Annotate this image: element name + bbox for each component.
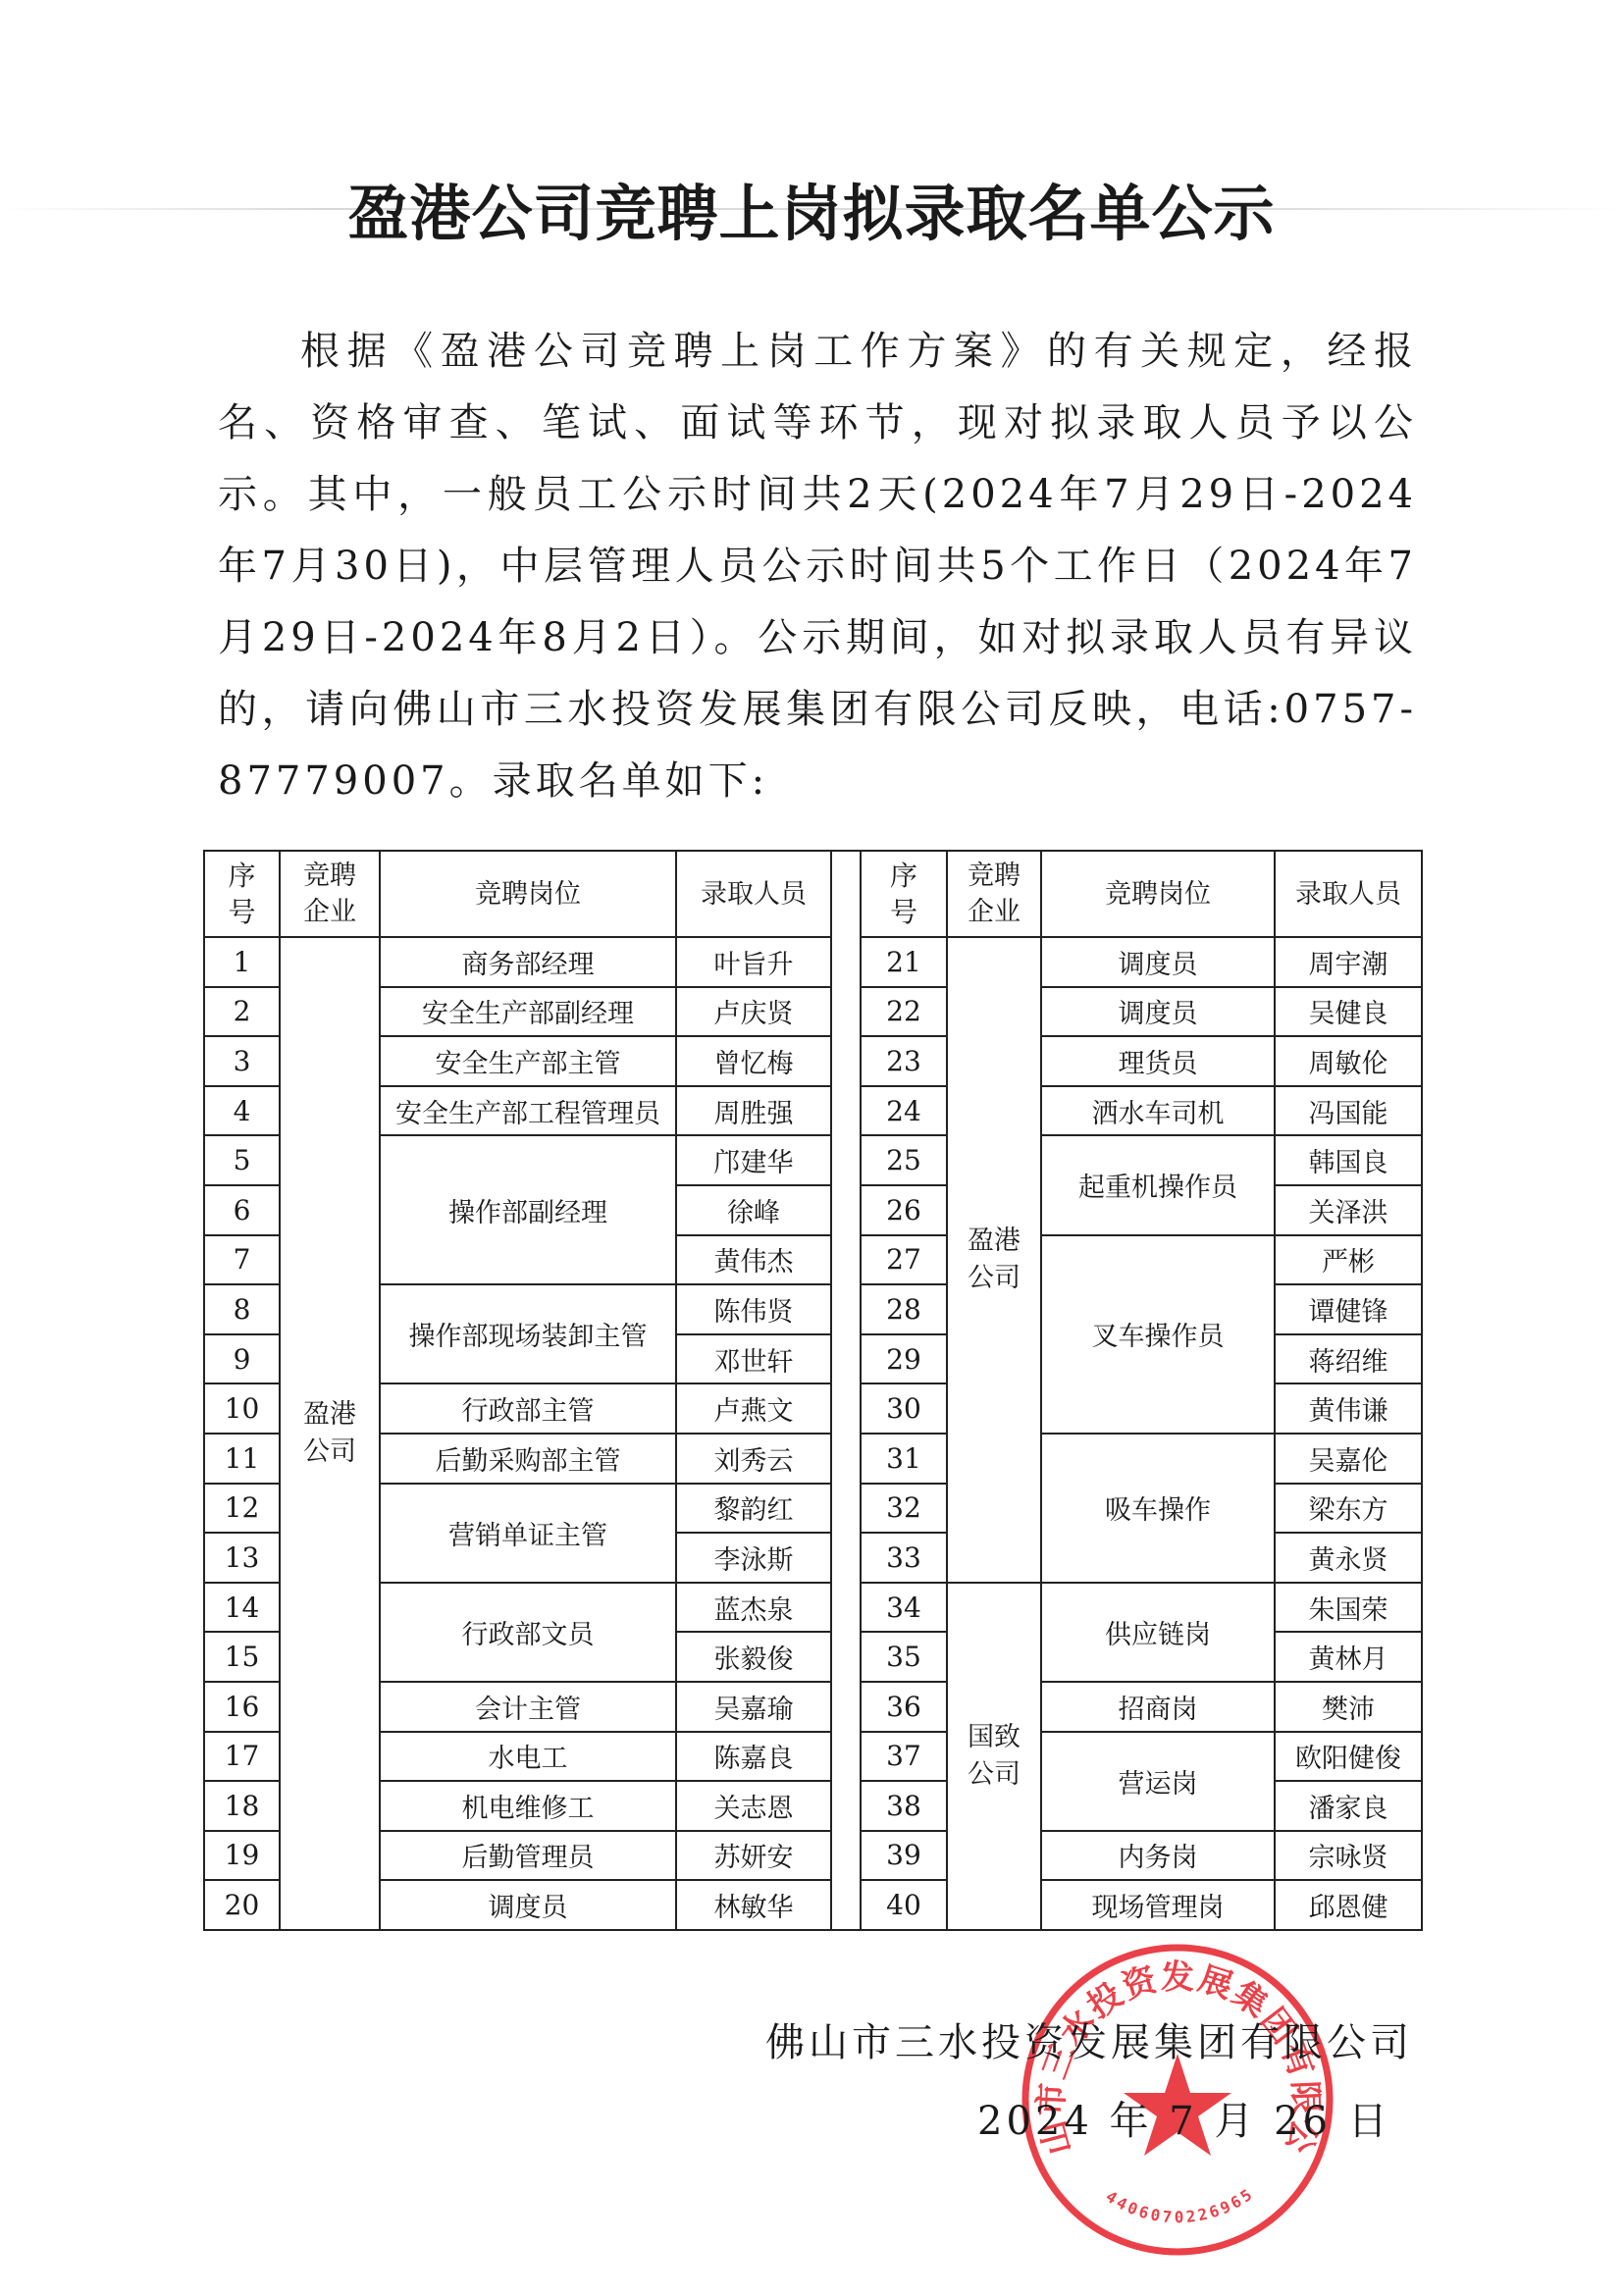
table-row: 14 行政部文员 蓝杰泉 34 国致公司 供应链岗 朱国荣 xyxy=(204,1583,1422,1633)
serial-cell: 24 xyxy=(861,1086,947,1136)
header-company: 竞聘企业 xyxy=(947,851,1041,937)
person-cell: 林敏华 xyxy=(676,1880,831,1930)
person-cell: 邓世轩 xyxy=(676,1334,831,1384)
serial-cell: 18 xyxy=(204,1781,280,1831)
serial-cell: 32 xyxy=(861,1484,947,1534)
serial-cell: 33 xyxy=(861,1533,947,1583)
person-cell: 韩国良 xyxy=(1275,1135,1422,1185)
header-position: 竞聘岗位 xyxy=(1041,851,1275,937)
header-text: 竞聘 xyxy=(968,861,1021,891)
serial-cell: 20 xyxy=(204,1880,280,1930)
serial-cell: 21 xyxy=(861,937,947,987)
company-text: 公司 xyxy=(968,1263,1021,1293)
header-text: 企业 xyxy=(303,897,356,927)
position-cell: 洒水车司机 xyxy=(1041,1086,1275,1136)
serial-cell: 15 xyxy=(204,1632,280,1682)
issuing-organization: 佛山市三水投资发展集团有限公司 xyxy=(0,2011,1413,2067)
table-row: 2 安全生产部副经理 卢庆贤 22 调度员 吴健良 xyxy=(204,987,1422,1037)
header-text: 号 xyxy=(890,896,917,928)
svg-text:4406070226965: 4406070226965 xyxy=(1103,2184,1258,2227)
table-row: 16 会计主管 吴嘉瑜 36 招商岗 樊沛 xyxy=(204,1682,1422,1732)
header-text: 号 xyxy=(228,896,255,928)
serial-cell: 13 xyxy=(204,1533,280,1583)
person-cell: 关志恩 xyxy=(676,1781,831,1831)
serial-cell: 27 xyxy=(861,1235,947,1285)
header-text: 序 xyxy=(228,860,255,892)
person-cell: 黄永贤 xyxy=(1275,1533,1422,1583)
intro-paragraph: 根据《盈港公司竞聘上岗工作方案》的有关规定，经报名、资格审查、笔试、面试等环节，… xyxy=(218,316,1417,817)
serial-cell: 29 xyxy=(861,1334,947,1384)
table-row: 19 后勤管理员 苏妍安 39 内务岗 宗咏贤 xyxy=(204,1831,1422,1881)
serial-cell: 37 xyxy=(861,1732,947,1782)
header-text: 企业 xyxy=(968,897,1021,927)
person-cell: 陈嘉良 xyxy=(676,1732,831,1782)
position-cell: 后勤管理员 xyxy=(380,1831,676,1881)
position-cell: 操作部现场装卸主管 xyxy=(380,1284,676,1383)
serial-cell: 17 xyxy=(204,1732,280,1782)
table-row: 5 操作部副经理 邝建华 25 起重机操作员 韩国良 xyxy=(204,1135,1422,1185)
person-cell: 卢庆贤 xyxy=(676,987,831,1037)
seal-code: 4406070226965 xyxy=(1103,2184,1258,2227)
serial-cell: 35 xyxy=(861,1632,947,1682)
serial-cell: 25 xyxy=(861,1135,947,1185)
person-cell: 谭健锋 xyxy=(1275,1284,1422,1334)
company-cell: 国致公司 xyxy=(947,1583,1041,1930)
person-cell: 蓝杰泉 xyxy=(676,1583,831,1633)
person-cell: 梁东方 xyxy=(1275,1484,1422,1534)
company-text: 公司 xyxy=(968,1759,1021,1790)
serial-cell: 28 xyxy=(861,1284,947,1334)
position-cell: 营销单证主管 xyxy=(380,1484,676,1583)
person-cell: 陈伟贤 xyxy=(676,1284,831,1334)
person-cell: 黎韵红 xyxy=(676,1484,831,1534)
serial-cell: 4 xyxy=(204,1086,280,1136)
serial-cell: 5 xyxy=(204,1135,280,1185)
table-gap xyxy=(831,851,861,1930)
position-cell: 供应链岗 xyxy=(1041,1583,1275,1682)
serial-cell: 30 xyxy=(861,1383,947,1434)
position-cell: 会计主管 xyxy=(380,1682,676,1732)
header-company: 竞聘企业 xyxy=(280,851,380,937)
serial-cell: 26 xyxy=(861,1185,947,1235)
header-text: 序 xyxy=(890,860,917,892)
serial-cell: 23 xyxy=(861,1036,947,1086)
company-text: 盈港 xyxy=(968,1226,1021,1256)
admission-list-table: 序号 竞聘企业 竞聘岗位 录取人员 序号 竞聘企业 竞聘岗位 录取人员 1 盈港… xyxy=(203,850,1423,1931)
table-row: 20 调度员 林敏华 40 现场管理岗 邱恩健 xyxy=(204,1880,1422,1930)
position-cell: 理货员 xyxy=(1041,1036,1275,1086)
person-cell: 张毅俊 xyxy=(676,1632,831,1682)
serial-cell: 6 xyxy=(204,1185,280,1235)
person-cell: 朱国荣 xyxy=(1275,1583,1422,1633)
table-row: 4 安全生产部工程管理员 周胜强 24 洒水车司机 冯国能 xyxy=(204,1086,1422,1136)
person-cell: 周胜强 xyxy=(676,1086,831,1136)
position-cell: 内务岗 xyxy=(1041,1831,1275,1881)
company-cell: 盈港公司 xyxy=(280,937,380,1930)
page-title: 盈港公司竞聘上岗拟录取名单公示 xyxy=(0,165,1623,252)
company-text: 盈港 xyxy=(303,1399,356,1430)
person-cell: 吴嘉瑜 xyxy=(676,1682,831,1732)
person-cell: 李泳斯 xyxy=(676,1533,831,1583)
person-cell: 欧阳健俊 xyxy=(1275,1732,1422,1782)
serial-cell: 34 xyxy=(861,1583,947,1633)
table-row: 17 水电工 陈嘉良 37 营运岗 欧阳健俊 xyxy=(204,1732,1422,1782)
table-row: 3 安全生产部主管 曾忆梅 23 理货员 周敏伦 xyxy=(204,1036,1422,1086)
position-cell: 营运岗 xyxy=(1041,1732,1275,1831)
person-cell: 严彬 xyxy=(1275,1235,1422,1285)
person-cell: 卢燕文 xyxy=(676,1383,831,1434)
serial-cell: 22 xyxy=(861,987,947,1037)
position-cell: 安全生产部副经理 xyxy=(380,987,676,1037)
position-cell: 调度员 xyxy=(380,1880,676,1930)
company-text: 公司 xyxy=(303,1436,356,1467)
person-cell: 吴嘉伦 xyxy=(1275,1434,1422,1484)
person-cell: 苏妍安 xyxy=(676,1831,831,1881)
person-cell: 樊沛 xyxy=(1275,1682,1422,1732)
company-cell: 盈港公司 xyxy=(947,937,1041,1583)
header-person: 录取人员 xyxy=(676,851,831,937)
serial-cell: 36 xyxy=(861,1682,947,1732)
position-cell: 调度员 xyxy=(1041,937,1275,987)
table-row: 11 后勤采购部主管 刘秀云 31 吸车操作 吴嘉伦 xyxy=(204,1434,1422,1484)
person-cell: 叶旨升 xyxy=(676,937,831,987)
person-cell: 蒋绍维 xyxy=(1275,1334,1422,1384)
person-cell: 周宇潮 xyxy=(1275,937,1422,987)
person-cell: 关泽洪 xyxy=(1275,1185,1422,1235)
serial-cell: 16 xyxy=(204,1682,280,1732)
header-serial: 序号 xyxy=(204,851,280,937)
person-cell: 潘家良 xyxy=(1275,1781,1422,1831)
serial-cell: 14 xyxy=(204,1583,280,1633)
company-text: 国致 xyxy=(968,1722,1021,1752)
person-cell: 周敏伦 xyxy=(1275,1036,1422,1086)
serial-cell: 12 xyxy=(204,1484,280,1534)
header-text: 竞聘 xyxy=(303,861,356,891)
position-cell: 现场管理岗 xyxy=(1041,1880,1275,1930)
position-cell: 安全生产部工程管理员 xyxy=(380,1086,676,1136)
serial-cell: 3 xyxy=(204,1036,280,1086)
serial-cell: 11 xyxy=(204,1434,280,1484)
header-position: 竞聘岗位 xyxy=(380,851,676,937)
position-cell: 调度员 xyxy=(1041,987,1275,1037)
table-header-row: 序号 竞聘企业 竞聘岗位 录取人员 序号 竞聘企业 竞聘岗位 录取人员 xyxy=(204,851,1422,937)
position-cell: 水电工 xyxy=(380,1732,676,1782)
serial-cell: 39 xyxy=(861,1831,947,1881)
position-cell: 后勤采购部主管 xyxy=(380,1434,676,1484)
person-cell: 徐峰 xyxy=(676,1185,831,1235)
serial-cell: 7 xyxy=(204,1235,280,1285)
position-cell: 商务部经理 xyxy=(380,937,676,987)
person-cell: 黄伟谦 xyxy=(1275,1383,1422,1434)
position-cell: 机电维修工 xyxy=(380,1781,676,1831)
serial-cell: 19 xyxy=(204,1831,280,1881)
serial-cell: 9 xyxy=(204,1334,280,1384)
position-cell: 招商岗 xyxy=(1041,1682,1275,1732)
serial-cell: 2 xyxy=(204,987,280,1037)
position-cell: 行政部主管 xyxy=(380,1383,676,1434)
header-serial: 序号 xyxy=(861,851,947,937)
position-cell: 行政部文员 xyxy=(380,1583,676,1682)
serial-cell: 10 xyxy=(204,1383,280,1434)
position-cell: 吸车操作 xyxy=(1041,1434,1275,1583)
intro-text: 根据《盈港公司竞聘上岗工作方案》的有关规定，经报名、资格审查、笔试、面试等环节，… xyxy=(218,316,1417,817)
person-cell: 邝建华 xyxy=(676,1135,831,1185)
person-cell: 黄林月 xyxy=(1275,1632,1422,1682)
person-cell: 黄伟杰 xyxy=(676,1235,831,1285)
person-cell: 刘秀云 xyxy=(676,1434,831,1484)
person-cell: 邱恩健 xyxy=(1275,1880,1422,1930)
header-person: 录取人员 xyxy=(1275,851,1422,937)
person-cell: 吴健良 xyxy=(1275,987,1422,1037)
serial-cell: 8 xyxy=(204,1284,280,1334)
serial-cell: 40 xyxy=(861,1880,947,1930)
position-cell: 安全生产部主管 xyxy=(380,1036,676,1086)
position-cell: 起重机操作员 xyxy=(1041,1135,1275,1234)
person-cell: 宗咏贤 xyxy=(1275,1831,1422,1881)
serial-cell: 38 xyxy=(861,1781,947,1831)
serial-cell: 1 xyxy=(204,937,280,987)
position-cell: 操作部副经理 xyxy=(380,1135,676,1284)
issue-date: 2024 年 7 月 26 日 xyxy=(977,2090,1391,2146)
serial-cell: 31 xyxy=(861,1434,947,1484)
table-row: 1 盈港公司 商务部经理 叶旨升 21 盈港公司 调度员 周宇潮 xyxy=(204,937,1422,987)
position-cell: 叉车操作员 xyxy=(1041,1235,1275,1434)
person-cell: 冯国能 xyxy=(1275,1086,1422,1136)
person-cell: 曾忆梅 xyxy=(676,1036,831,1086)
